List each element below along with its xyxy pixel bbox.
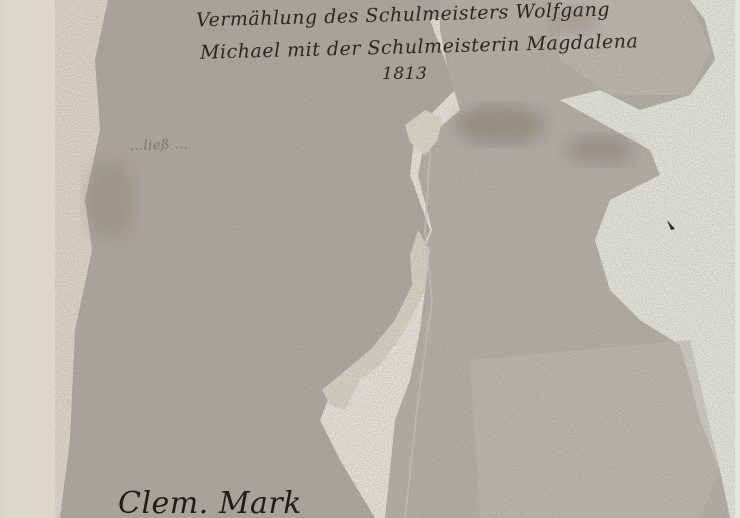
faint-text: …ließ … (130, 137, 189, 154)
manuscript-photo: Vermählung des Schulmeisters Wolfgang Mi… (0, 0, 740, 518)
signature: Clem. Mark (118, 486, 302, 518)
heading-year: 1813 (382, 64, 427, 84)
manuscript-paper (0, 0, 740, 518)
